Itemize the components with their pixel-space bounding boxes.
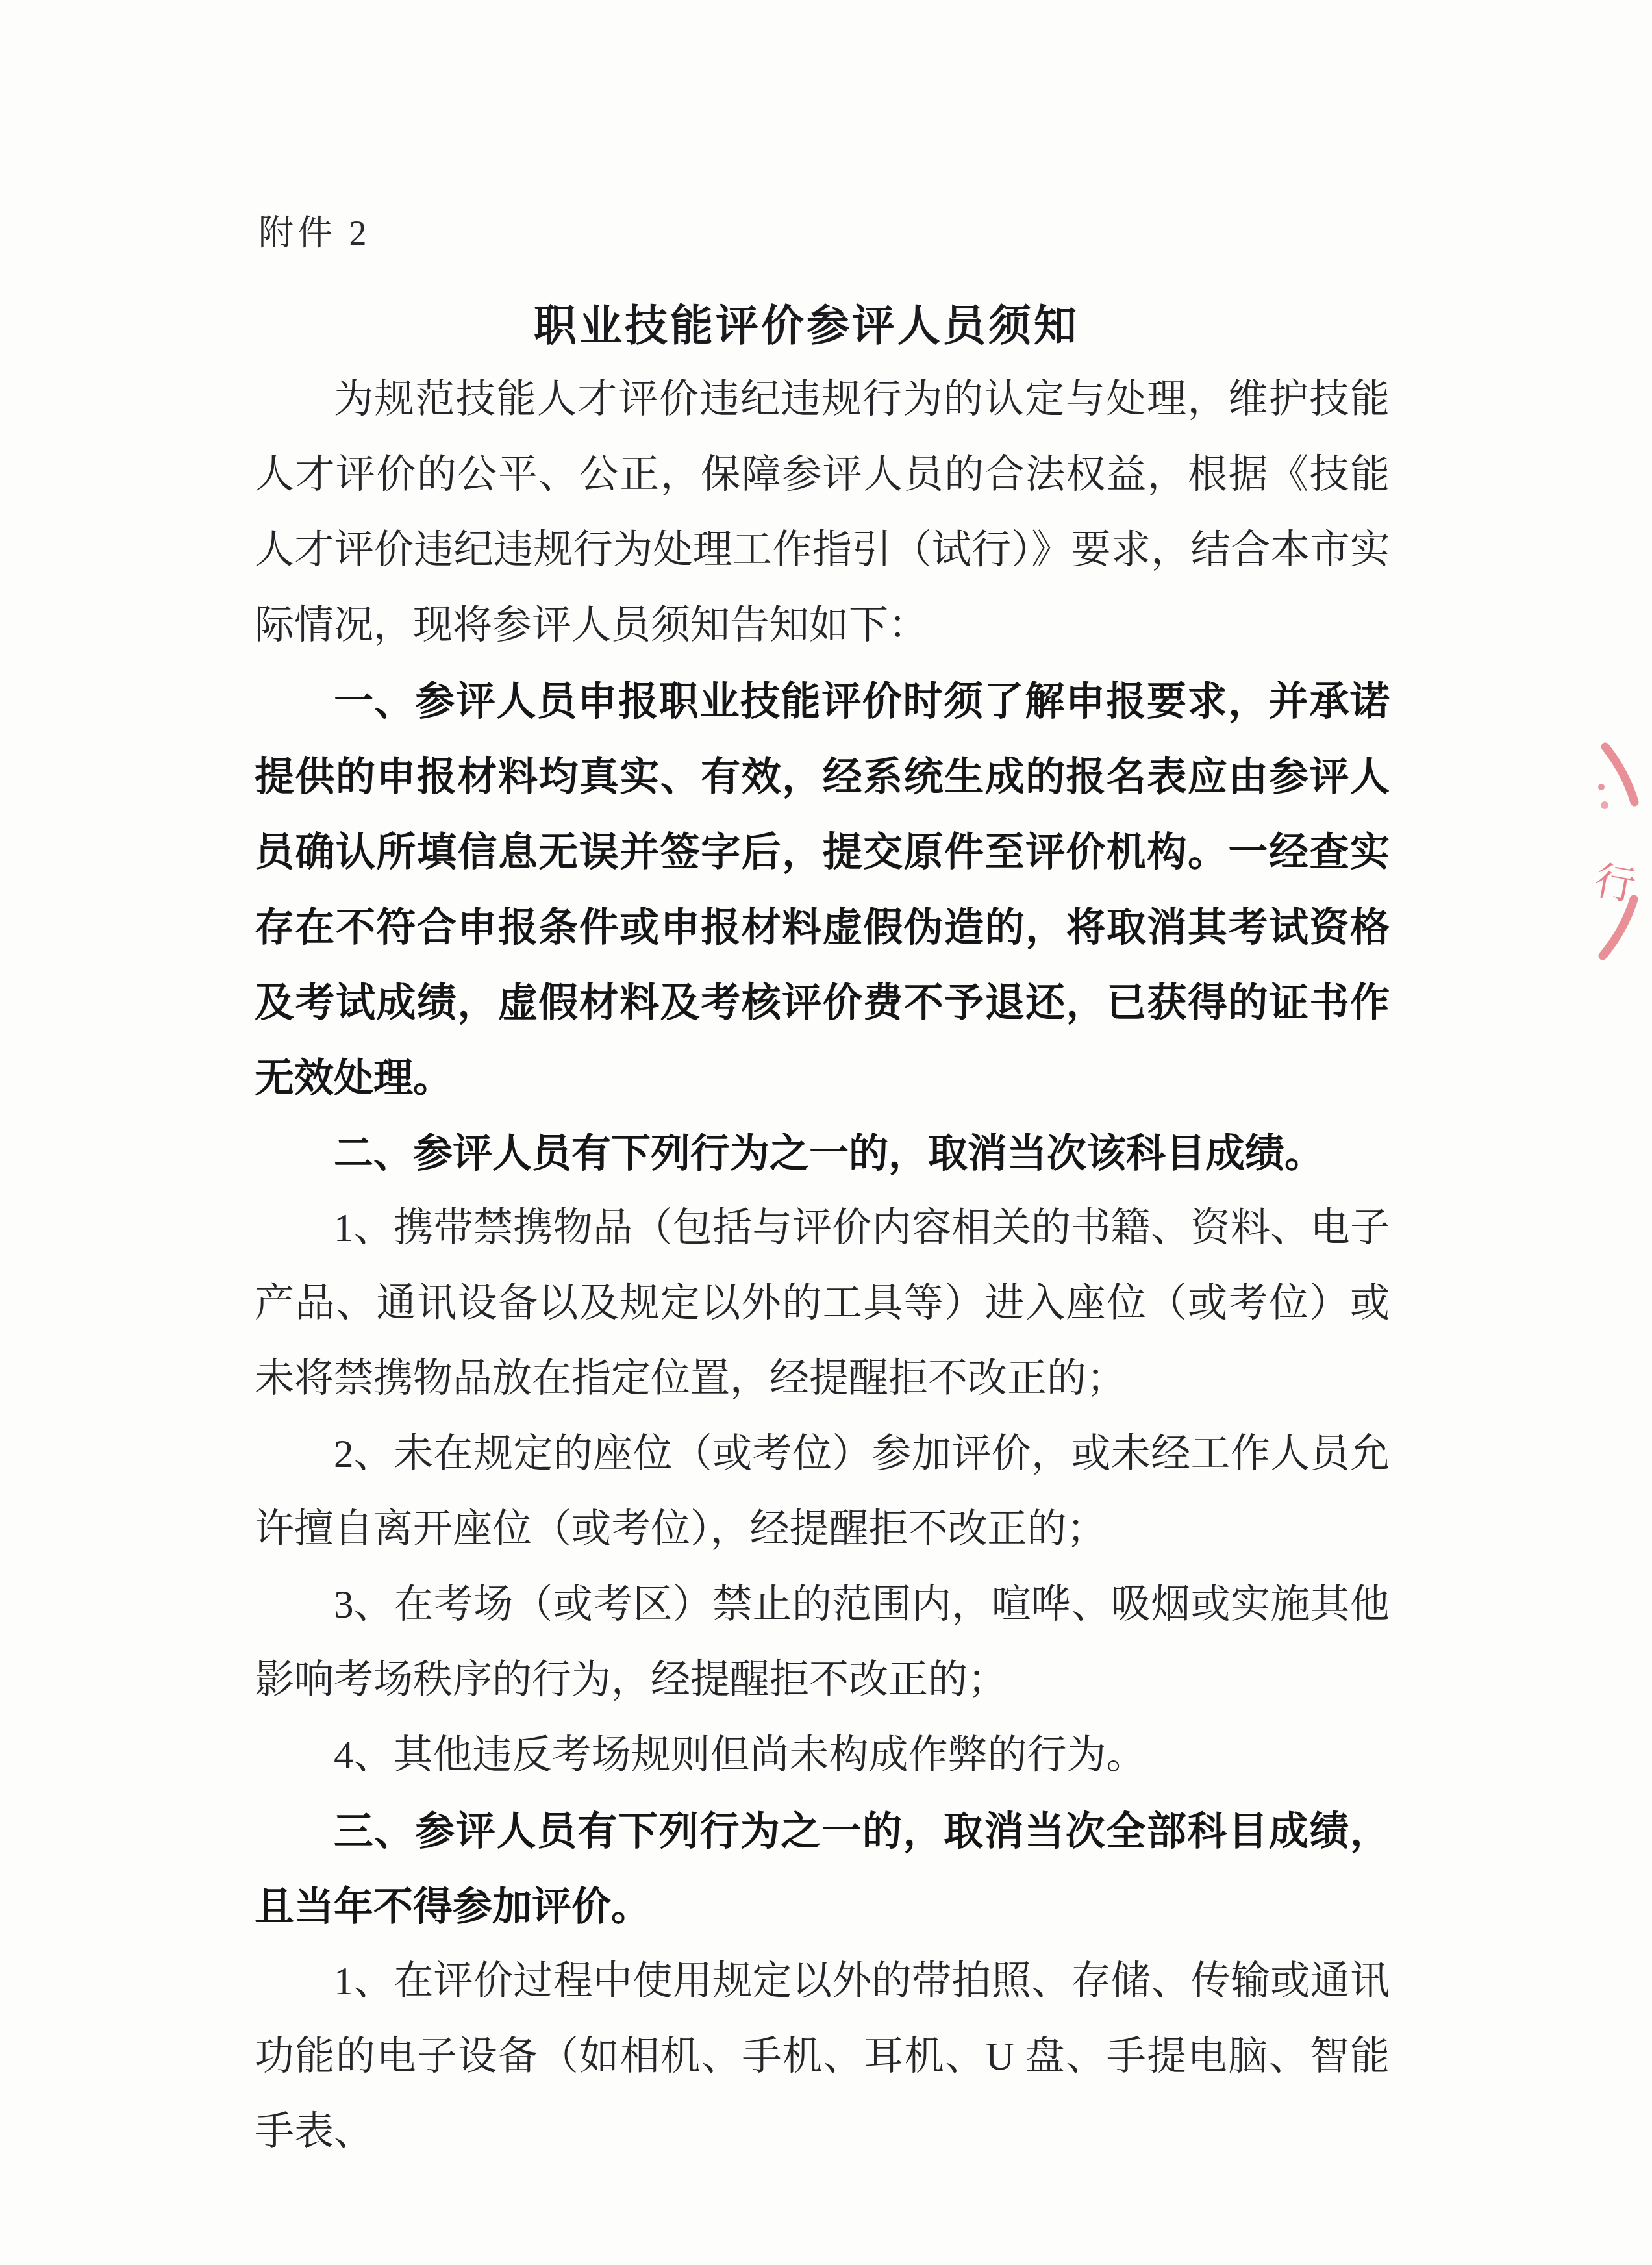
paragraph: 4、其他违反考场规则但尚未构成作弊的行为。 <box>255 1718 1390 1794</box>
paragraph: 3、在考场（或考区）禁止的范围内，喧哗、吸烟或实施其他影响考场秩序的行为，经提醒… <box>255 1568 1390 1718</box>
paragraph: 三、参评人员有下列行为之一的，取消当次全部科目成绩，且当年不得参加评价。 <box>255 1794 1390 1944</box>
paragraph: 2、未在规定的座位（或考位）参加评价，或未经工作人员允许擅自离开座位（或考位），… <box>255 1417 1390 1568</box>
paragraph: 二、参评人员有下列行为之一的，取消当次该科目成绩。 <box>255 1116 1390 1191</box>
paragraph: 1、在评价过程中使用规定以外的带拍照、存储、传输或通讯功能的电子设备（如相机、手… <box>255 1944 1390 2170</box>
seal-glyph: 行 <box>1592 858 1639 910</box>
paragraph: 一、参评人员申报职业技能评价时须了解申报要求，并承诺提供的申报材料均真实、有效，… <box>255 664 1390 1116</box>
document-page: 附件 2 职业技能评价参评人员须知 为规范技能人才评价违纪违规行为的认定与处理，… <box>0 0 1652 2265</box>
document-body: 为规范技能人才评价违纪违规行为的认定与处理，维护技能人才评价的公平、公正，保障参… <box>255 362 1390 2170</box>
paragraph: 1、携带禁携物品（包括与评价内容相关的书籍、资料、电子产品、通讯设备以及规定以外… <box>255 1191 1390 1417</box>
attachment-label: 附件 2 <box>258 205 371 255</box>
page-title: 职业技能评价参评人员须知 <box>255 291 1358 353</box>
red-seal-stamp-icon: 行 <box>1558 714 1652 1039</box>
paragraph: 为规范技能人才评价违纪违规行为的认定与处理，维护技能人才评价的公平、公正，保障参… <box>255 362 1390 664</box>
